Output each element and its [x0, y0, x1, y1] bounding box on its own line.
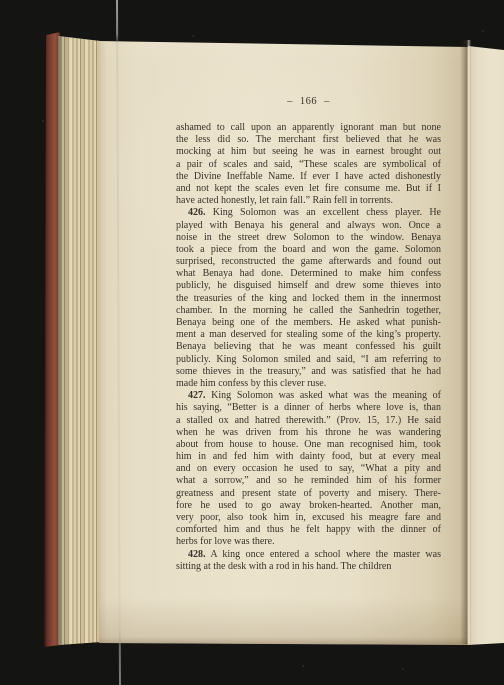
facing-page-sliver: [468, 37, 504, 647]
text-line: about from house to house. One man recog…: [176, 439, 441, 451]
page-edges-stack: [58, 34, 100, 645]
text-line: a pair of scales and said, “These scales…: [176, 159, 441, 171]
text-line: what Benaya had done. Determined to make…: [176, 268, 441, 280]
book-page: –166– ashamed to call upon an apparently…: [99, 37, 468, 647]
text-line: him in and fed him with dainty food, but…: [176, 451, 441, 463]
page-number-header: –166–: [176, 96, 441, 109]
paragraph-number: 428.: [188, 549, 206, 560]
text-line: the treasuries of the king and locked th…: [176, 293, 441, 305]
text-line: greatness and present state of poverty a…: [176, 488, 441, 500]
paragraph-number: 427.: [188, 390, 206, 401]
gutter-crease: [460, 40, 471, 644]
page-number: 166: [300, 96, 317, 107]
text-line: 426. King Solomon was an excellent chess…: [176, 207, 441, 219]
text-line: his saying, “Better is a dinner of herbs…: [176, 402, 441, 414]
text-line: made him confess by this clever ruse.: [176, 378, 441, 390]
paragraph-number: 426.: [188, 207, 206, 218]
page-text: ashamed to call upon an apparently ignor…: [176, 122, 441, 573]
text-line: Benaya believing that he was meant confe…: [176, 341, 441, 353]
book-cover-edge: [44, 32, 60, 647]
paragraph: ashamed to call upon an apparently ignor…: [176, 122, 441, 207]
header-dash-right: –: [324, 96, 330, 107]
text-line: took a piece from the board and won the …: [176, 244, 441, 256]
paragraph: 428. A king once entered a school where …: [176, 549, 441, 573]
header-dash-left: –: [287, 96, 293, 107]
text-line: herbs for love was there.: [176, 536, 441, 548]
text-line: when he was driven from his throne he wa…: [176, 427, 441, 439]
text-line: and not kept the scales even let fire co…: [176, 183, 441, 195]
text-line: ment a man deserved for stealing some of…: [176, 329, 441, 341]
book-photo-scene: –166– ashamed to call upon an apparently…: [0, 0, 504, 685]
text-line: ashamed to call upon an apparently ignor…: [176, 122, 441, 134]
text-line: 428. A king once entered a school where …: [176, 549, 441, 561]
text-line: some thieves in the treasury,” and was s…: [176, 366, 441, 378]
text-line: mocking at him but seeing he was in earn…: [176, 146, 441, 158]
text-line: noise in the street drew Solomon to the …: [176, 232, 441, 244]
text-line: surprised, reconstructed the game afterw…: [176, 256, 441, 268]
text-line: publicly. King Solomon smiled and said, …: [176, 354, 441, 366]
text-line: the Divine Ineffable Name. If ever I hav…: [176, 171, 441, 183]
text-line: 427. King Solomon was asked what was the…: [176, 390, 441, 402]
text-line: the less did so. The merchant first beli…: [176, 134, 441, 146]
text-line: and on every occasion he used to say, “W…: [176, 463, 441, 475]
text-line: Benaya being one of the members. He aske…: [176, 317, 441, 329]
text-line: played with Benaya his general and alway…: [176, 220, 441, 232]
text-line: what a sorrow,” and so he reminded him o…: [176, 475, 441, 487]
text-line: very poor, also took him in, excused his…: [176, 512, 441, 524]
text-line: fore he used to go away broken-hearted. …: [176, 500, 441, 512]
text-line: a stalled ox and hatred therewith.” (Pro…: [176, 415, 441, 427]
paragraph: 426. King Solomon was an excellent chess…: [176, 207, 441, 390]
text-line: comforted him and thus he felt happy wit…: [176, 524, 441, 536]
text-line: sitting at the desk with a rod in his ha…: [176, 561, 441, 573]
text-line: have acted honestly, let rain fall.” Rai…: [176, 195, 441, 207]
paragraph: 427. King Solomon was asked what was the…: [176, 390, 441, 548]
text-line: publicly, he disguised himself and drew …: [176, 280, 441, 292]
text-line: chamber. In the morning he called the Sa…: [176, 305, 441, 317]
